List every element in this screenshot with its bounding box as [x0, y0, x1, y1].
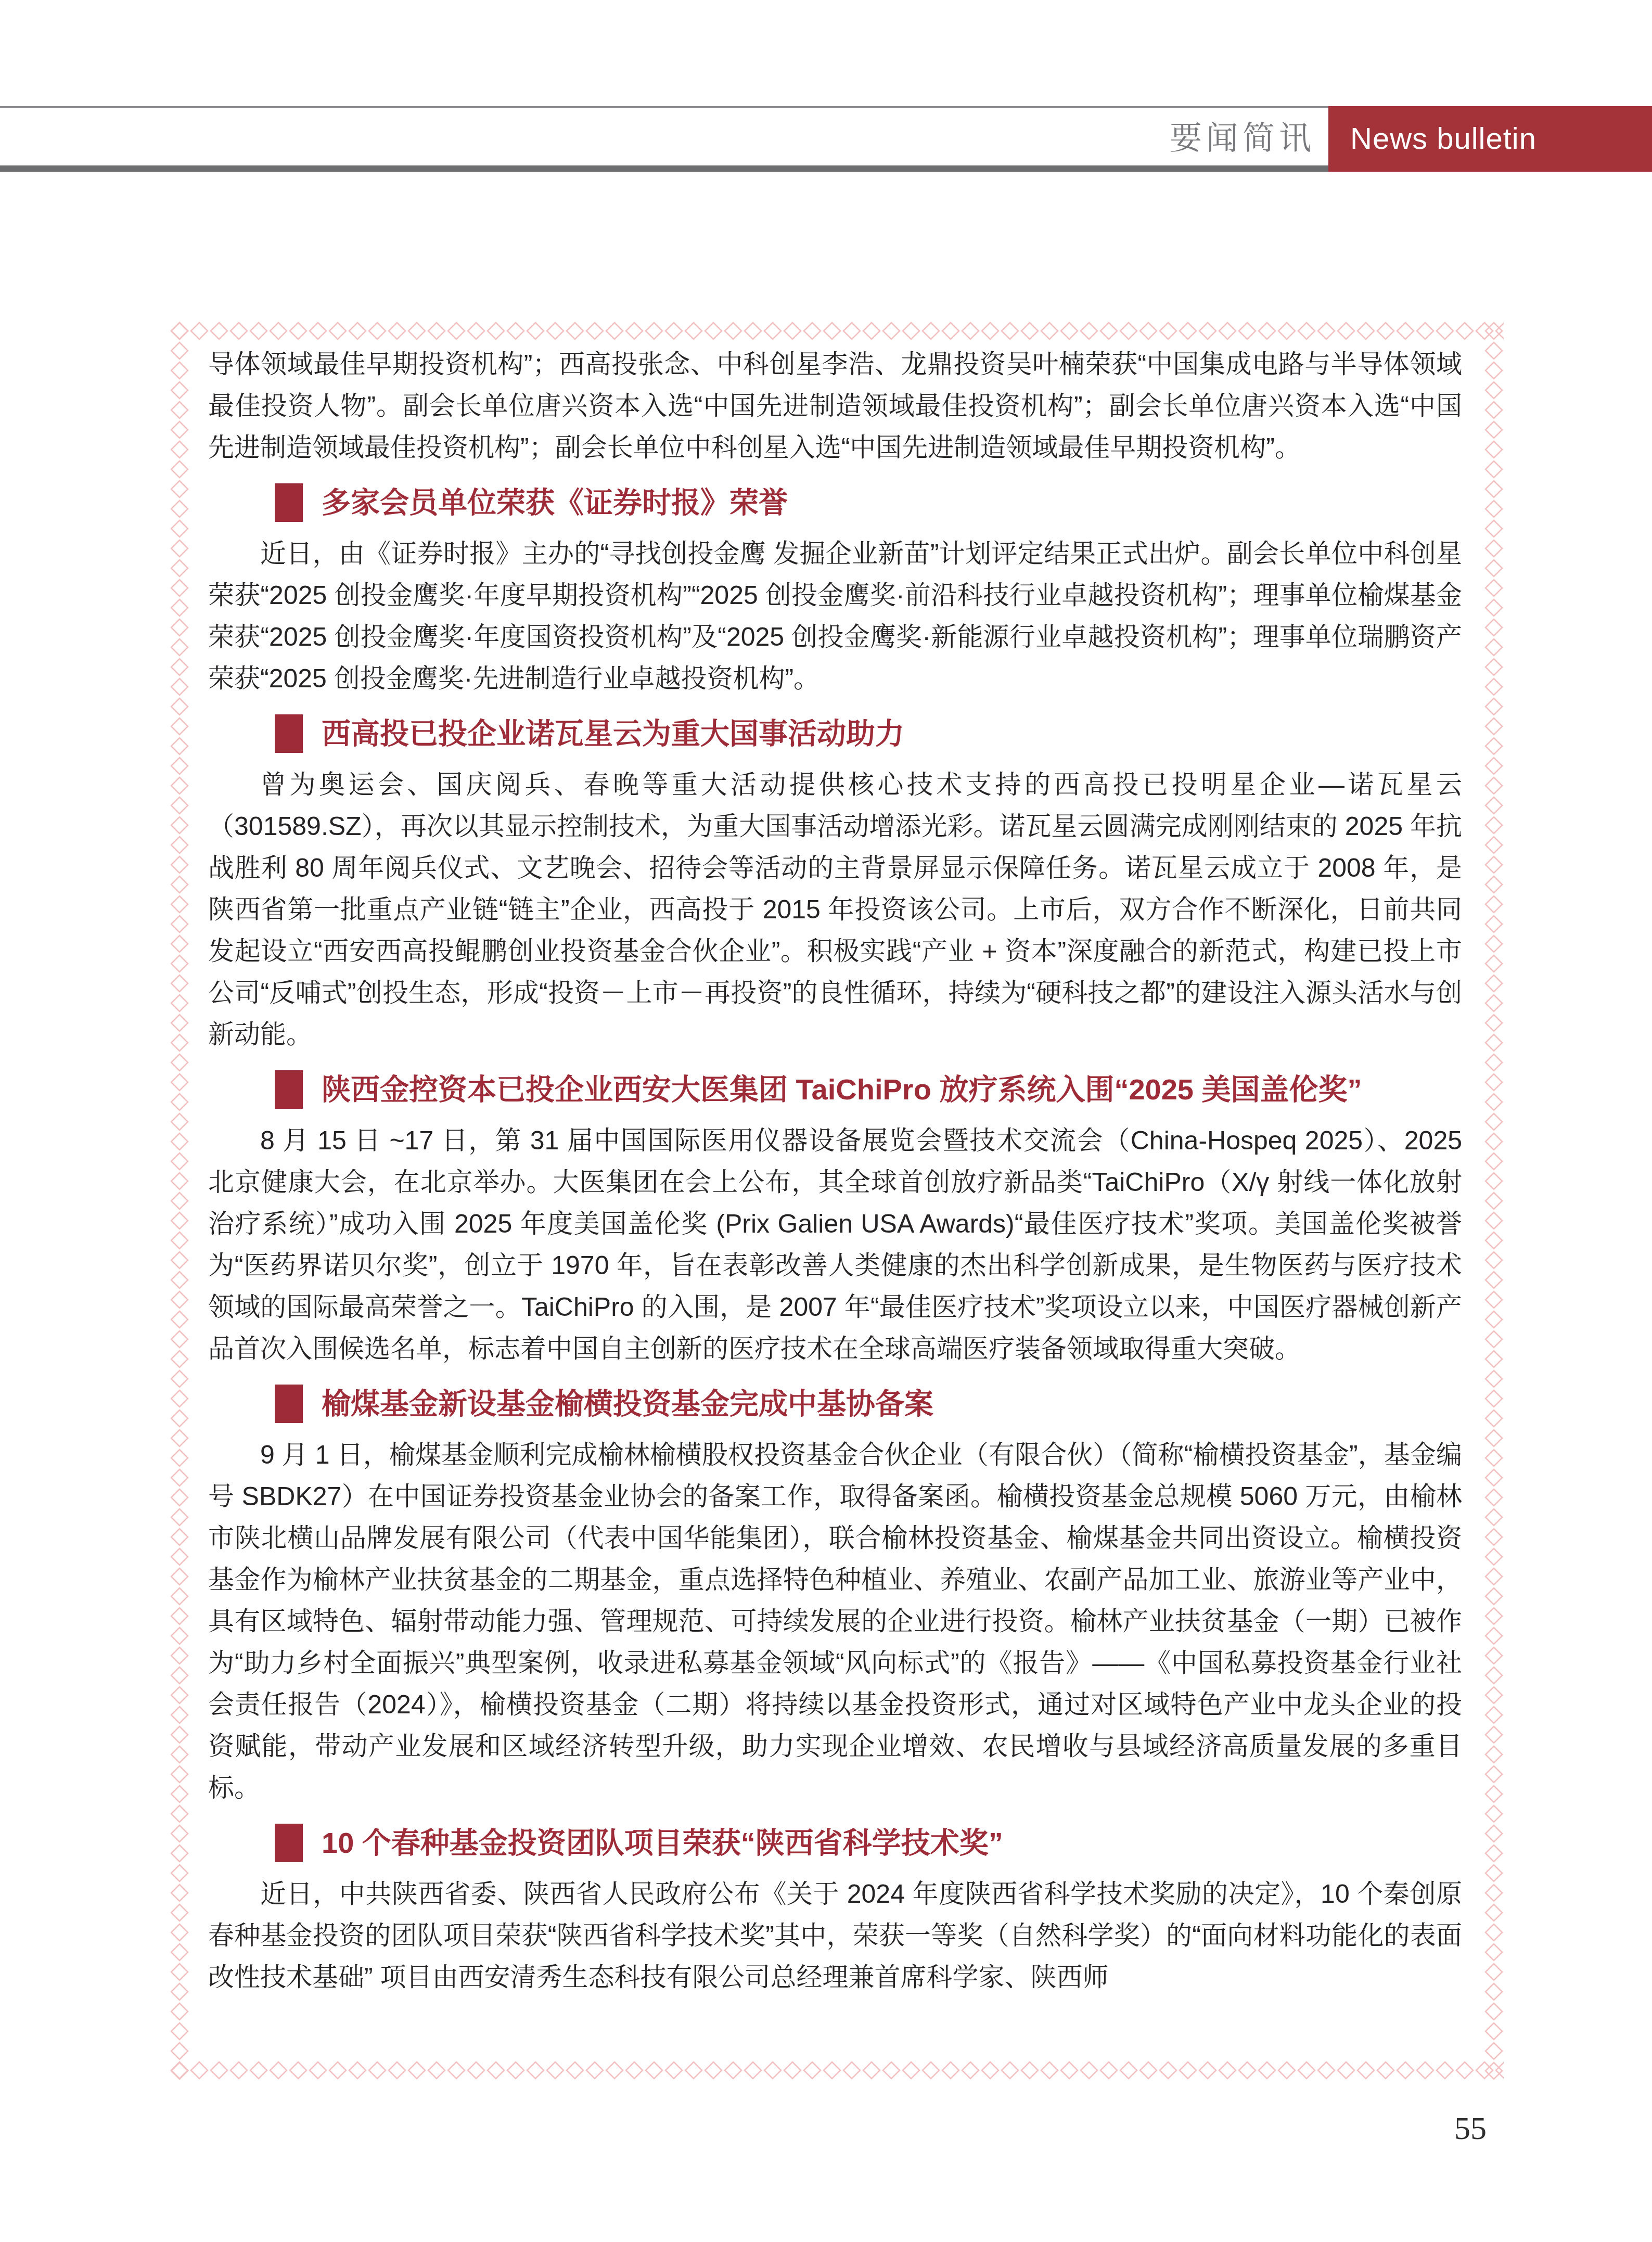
section-heading-text: 榆煤基金新设基金榆横投资基金完成中基协备案 — [322, 1383, 933, 1425]
section-heading-text: 多家会员单位荣获《证券时报》荣誉 — [322, 482, 788, 523]
section-bullet-icon — [275, 1824, 303, 1862]
header-title-en-box: News bulletin — [1328, 106, 1652, 172]
section-heading-yuheng-fund: 榆煤基金新设基金榆横投资基金完成中基协备案 — [275, 1383, 1462, 1425]
border-top-diamond-chain — [170, 321, 1504, 341]
header-rule-thin — [0, 106, 1328, 108]
header-title-zh: 要闻简讯 — [1170, 106, 1315, 172]
border-right-diamond-chain — [1484, 321, 1504, 2080]
header-rule-thick — [0, 165, 1328, 172]
section-heading-securities-times: 多家会员单位荣获《证券时报》荣誉 — [275, 482, 1462, 523]
border-left-diamond-chain — [170, 321, 189, 2080]
paragraph: 9 月 1 日，榆煤基金顺利完成榆林榆横股权投资基金合伙企业（有限合伙）（简称“… — [208, 1434, 1462, 1809]
paragraph: 8 月 15 日 ~17 日，第 31 届中国国际医用仪器设备展览会暨技术交流会… — [208, 1120, 1462, 1369]
page-number: 55 — [1454, 2110, 1487, 2147]
section-heading-novastar: 西高投已投企业诺瓦星云为重大国事活动助力 — [275, 713, 1462, 754]
paragraph-continued: 导体领域最佳早期投资机构”；西高投张念、中科创星李浩、龙鼎投资吴叶楠荣获“中国集… — [208, 343, 1462, 468]
section-heading-science-award: 10 个春种基金投资团队项目荣获“陕西省科学技术奖” — [275, 1822, 1462, 1864]
section-heading-text: 10 个春种基金投资团队项目荣获“陕西省科学技术奖” — [322, 1822, 1003, 1864]
border-bottom-diamond-chain — [170, 2060, 1504, 2080]
section-bullet-icon — [275, 483, 303, 522]
article-content: 导体领域最佳早期投资机构”；西高投张念、中科创星李浩、龙鼎投资吴叶楠荣获“中国集… — [208, 343, 1462, 1998]
paragraph: 近日，中共陕西省委、陕西省人民政府公布《关于 2024 年度陕西省科学技术奖励的… — [208, 1873, 1462, 1998]
paragraph: 近日，由《证券时报》主办的“寻找创投金鹰 发掘企业新苗”计划评定结果正式出炉。副… — [208, 533, 1462, 699]
section-bullet-icon — [275, 1070, 303, 1109]
section-heading-text: 陕西金控资本已投企业西安大医集团 TaiChiPro 放疗系统入围“2025 美… — [322, 1069, 1362, 1110]
section-heading-taichipro: 陕西金控资本已投企业西安大医集团 TaiChiPro 放疗系统入围“2025 美… — [275, 1069, 1462, 1110]
section-bullet-icon — [275, 714, 303, 753]
section-bullet-icon — [275, 1385, 303, 1423]
section-heading-text: 西高投已投企业诺瓦星云为重大国事活动助力 — [322, 713, 904, 754]
paragraph: 曾为奥运会、国庆阅兵、春晚等重大活动提供核心技术支持的西高投已投明星企业—诺瓦星… — [208, 764, 1462, 1055]
magazine-page: 要闻简讯 News bulletin 导体领域最佳早期投资机构”；西高投张念、中… — [0, 0, 1652, 2242]
